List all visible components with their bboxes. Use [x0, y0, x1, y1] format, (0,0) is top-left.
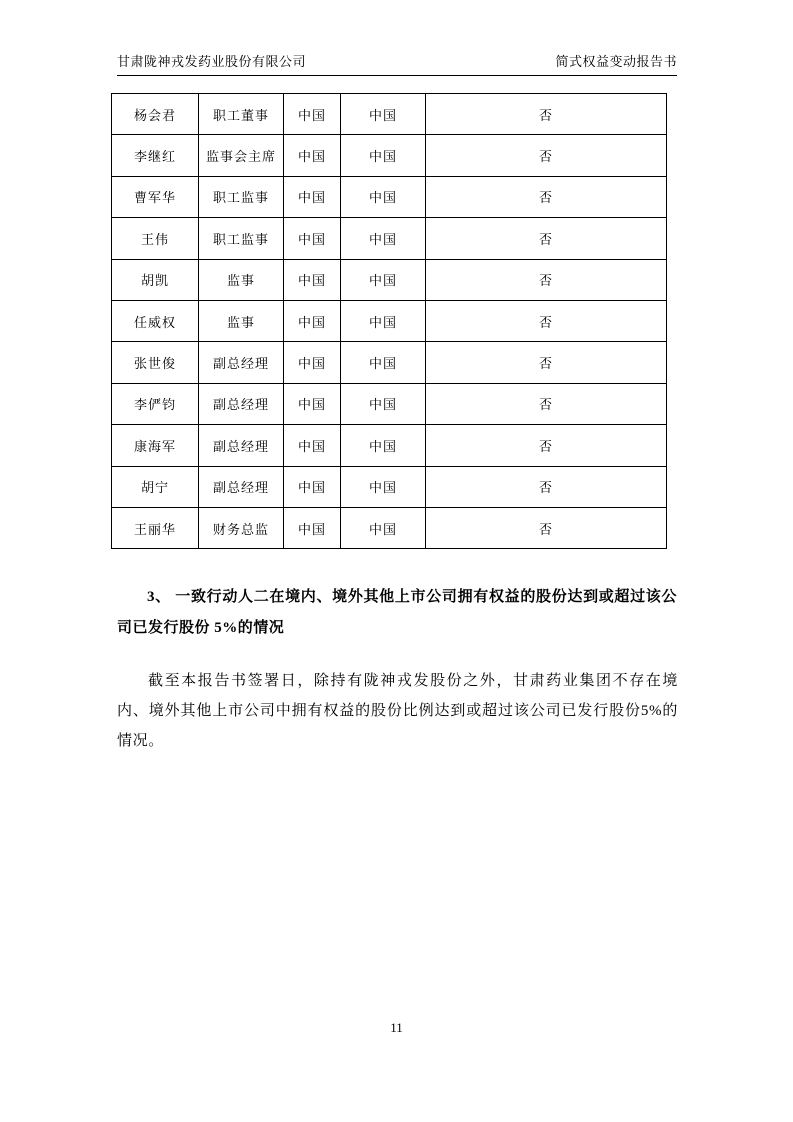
table-cell-nationality: 中国: [284, 383, 341, 424]
table-cell-has-other-residency: 否: [426, 425, 667, 466]
table-cell-position: 副总经理: [199, 383, 284, 424]
header-company-name: 甘肃陇神戎发药业股份有限公司: [117, 54, 306, 69]
table-cell-position: 监事会主席: [199, 135, 284, 176]
table-cell-has-other-residency: 否: [426, 176, 667, 217]
table-cell-has-other-residency: 否: [426, 135, 667, 176]
table-cell-residence: 中国: [341, 135, 426, 176]
table-row: 任威权监事中国中国否: [112, 300, 667, 341]
header-document-title: 简式权益变动报告书: [555, 54, 677, 69]
document-page: 甘肃陇神戎发药业股份有限公司 简式权益变动报告书 杨会君职工董事中国中国否李继红…: [0, 0, 793, 1122]
table-cell-name: 杨会君: [112, 94, 199, 135]
body-paragraph: 截至本报告书签署日，除持有陇神戎发股份之外，甘肃药业集团不存在境内、境外其他上市…: [117, 666, 678, 756]
table-cell-residence: 中国: [341, 507, 426, 548]
table-cell-nationality: 中国: [284, 176, 341, 217]
table-cell-name: 曹军华: [112, 176, 199, 217]
table-cell-name: 胡凯: [112, 259, 199, 300]
table-cell-has-other-residency: 否: [426, 466, 667, 507]
table-cell-name: 王伟: [112, 218, 199, 259]
table-cell-has-other-residency: 否: [426, 383, 667, 424]
table-cell-position: 职工监事: [199, 176, 284, 217]
table-cell-nationality: 中国: [284, 466, 341, 507]
table-cell-has-other-residency: 否: [426, 218, 667, 259]
table-row: 康海军副总经理中国中国否: [112, 425, 667, 466]
table-cell-nationality: 中国: [284, 218, 341, 259]
table-cell-name: 胡宁: [112, 466, 199, 507]
table-cell-nationality: 中国: [284, 507, 341, 548]
table-cell-position: 副总经理: [199, 466, 284, 507]
table-cell-name: 李俨钧: [112, 383, 199, 424]
table-cell-nationality: 中国: [284, 94, 341, 135]
table-cell-has-other-residency: 否: [426, 342, 667, 383]
table-cell-nationality: 中国: [284, 300, 341, 341]
table-cell-residence: 中国: [341, 218, 426, 259]
table-cell-has-other-residency: 否: [426, 94, 667, 135]
table-cell-residence: 中国: [341, 425, 426, 466]
table-cell-residence: 中国: [341, 383, 426, 424]
table-cell-has-other-residency: 否: [426, 259, 667, 300]
table-cell-residence: 中国: [341, 300, 426, 341]
table-row: 张世俊副总经理中国中国否: [112, 342, 667, 383]
table-cell-residence: 中国: [341, 466, 426, 507]
section-heading: 3、 一致行动人二在境内、境外其他上市公司拥有权益的股份达到或超过该公司已发行股…: [117, 582, 677, 644]
page-number: 11: [0, 1020, 793, 1036]
table-row: 曹军华职工监事中国中国否: [112, 176, 667, 217]
table-row: 胡宁副总经理中国中国否: [112, 466, 667, 507]
table-cell-position: 财务总监: [199, 507, 284, 548]
page-header: 甘肃陇神戎发药业股份有限公司 简式权益变动报告书: [117, 54, 677, 76]
table-row: 王伟职工监事中国中国否: [112, 218, 667, 259]
table-cell-nationality: 中国: [284, 135, 341, 176]
table-row: 李继红监事会主席中国中国否: [112, 135, 667, 176]
table-cell-name: 张世俊: [112, 342, 199, 383]
table-cell-name: 任威权: [112, 300, 199, 341]
table-row: 王丽华财务总监中国中国否: [112, 507, 667, 548]
positions-table: 杨会君职工董事中国中国否李继红监事会主席中国中国否曹军华职工监事中国中国否王伟职…: [111, 93, 667, 549]
table-cell-name: 康海军: [112, 425, 199, 466]
table-cell-position: 职工监事: [199, 218, 284, 259]
positions-table-body: 杨会君职工董事中国中国否李继红监事会主席中国中国否曹军华职工监事中国中国否王伟职…: [112, 94, 667, 549]
table-row: 胡凯监事中国中国否: [112, 259, 667, 300]
table-cell-position: 监事: [199, 300, 284, 341]
table-cell-name: 王丽华: [112, 507, 199, 548]
table-cell-residence: 中国: [341, 342, 426, 383]
table-cell-position: 监事: [199, 259, 284, 300]
table-cell-has-other-residency: 否: [426, 300, 667, 341]
table-row: 杨会君职工董事中国中国否: [112, 94, 667, 135]
table-cell-nationality: 中国: [284, 425, 341, 466]
table-cell-position: 副总经理: [199, 342, 284, 383]
table-cell-position: 副总经理: [199, 425, 284, 466]
table-cell-nationality: 中国: [284, 342, 341, 383]
table-cell-residence: 中国: [341, 94, 426, 135]
table-row: 李俨钧副总经理中国中国否: [112, 383, 667, 424]
table-cell-residence: 中国: [341, 259, 426, 300]
table-cell-nationality: 中国: [284, 259, 341, 300]
table-cell-name: 李继红: [112, 135, 199, 176]
table-cell-residence: 中国: [341, 176, 426, 217]
table-cell-position: 职工董事: [199, 94, 284, 135]
table-cell-has-other-residency: 否: [426, 507, 667, 548]
